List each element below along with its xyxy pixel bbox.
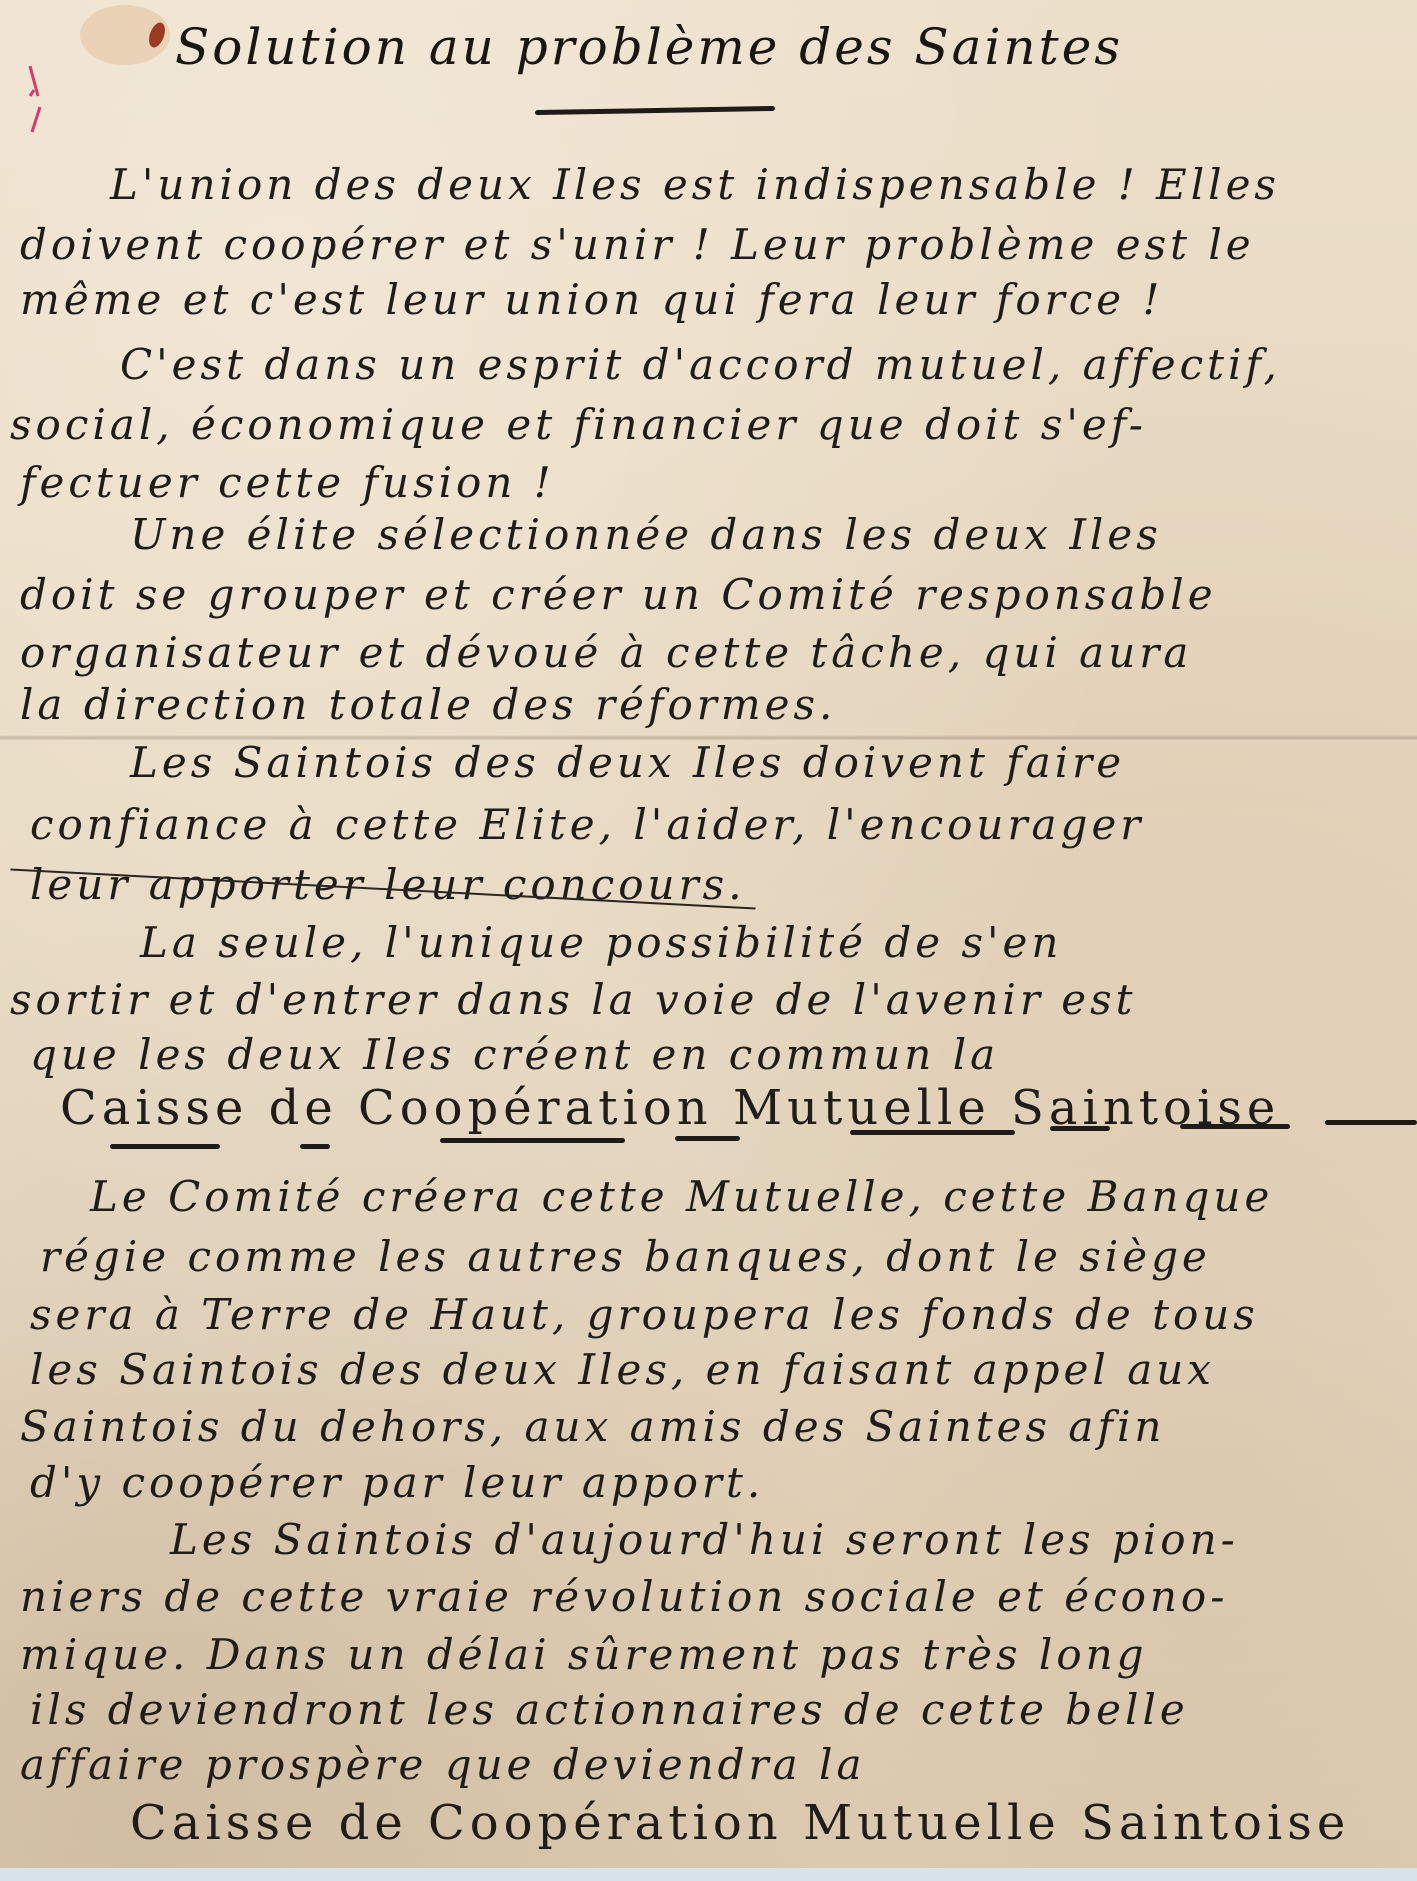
text-line: sera à Terre de Haut, groupera les fonds… — [30, 1290, 1259, 1339]
text-line: Une élite sélectionnée dans les deux Ile… — [130, 510, 1162, 559]
text-line: ils deviendront les actionnaires de cett… — [30, 1685, 1189, 1734]
page-number-mark — [16, 62, 46, 142]
text-line: affaire prospère que deviendra la — [20, 1740, 866, 1789]
text-line: doit se grouper et créer un Comité respo… — [20, 570, 1217, 619]
text-line: social, économique et financier que doit… — [10, 400, 1147, 449]
underline-stroke — [1325, 1120, 1417, 1125]
text-line: confiance à cette Elite, l'aider, l'enco… — [30, 800, 1144, 849]
bank-name-closing: Caisse de Coopération Mutuelle Saintoise — [130, 1795, 1350, 1851]
text-line: Les Saintois des deux Iles doivent faire — [130, 738, 1125, 787]
text-line: Saintois du dehors, aux amis des Saintes… — [20, 1402, 1165, 1451]
underline-stroke — [110, 1144, 220, 1149]
letter-page: Solution au problème des Saintes L'union… — [0, 0, 1417, 1881]
text-line: La seule, l'unique possibilité de s'en — [140, 918, 1062, 967]
text-line: même et c'est leur union qui fera leur f… — [20, 275, 1163, 324]
text-line: que les deux Iles créent en commun la — [30, 1030, 999, 1079]
text-line: leur apporter leur concours. — [30, 860, 746, 909]
scan-background-edge — [0, 1868, 1417, 1881]
text-line: les Saintois des deux Iles, en faisant a… — [30, 1345, 1215, 1394]
text-line: la direction totale des réformes. — [20, 680, 836, 729]
underline-stroke — [300, 1144, 330, 1149]
paper-stain — [80, 5, 170, 65]
text-line: sortir et d'entrer dans la voie de l'ave… — [10, 975, 1137, 1024]
text-line: Le Comité créera cette Mutuelle, cette B… — [90, 1172, 1273, 1221]
text-line: L'union des deux Iles est indispensable … — [110, 160, 1280, 209]
text-line: niers de cette vraie révolution sociale … — [20, 1572, 1228, 1621]
text-line: Les Saintois d'aujourd'hui seront les pi… — [170, 1515, 1239, 1564]
text-line: mique. Dans un délai sûrement pas très l… — [20, 1630, 1148, 1679]
text-line: organisateur et dévoué à cette tâche, qu… — [20, 628, 1192, 677]
underline-stroke — [675, 1136, 740, 1141]
text-line: C'est dans un esprit d'accord mutuel, af… — [120, 340, 1281, 389]
title-underline — [535, 106, 775, 115]
text-line: doivent coopérer et s'unir ! Leur problè… — [20, 220, 1255, 269]
underline-stroke — [850, 1130, 1015, 1135]
text-line: d'y coopérer par leur apport. — [30, 1458, 764, 1507]
text-line: fectuer cette fusion ! — [20, 458, 555, 507]
underline-stroke — [1180, 1124, 1290, 1129]
underline-stroke — [1050, 1126, 1110, 1131]
page-title: Solution au problème des Saintes — [175, 18, 1123, 76]
text-line: régie comme les autres banques, dont le … — [40, 1232, 1211, 1281]
underline-stroke — [440, 1138, 625, 1143]
